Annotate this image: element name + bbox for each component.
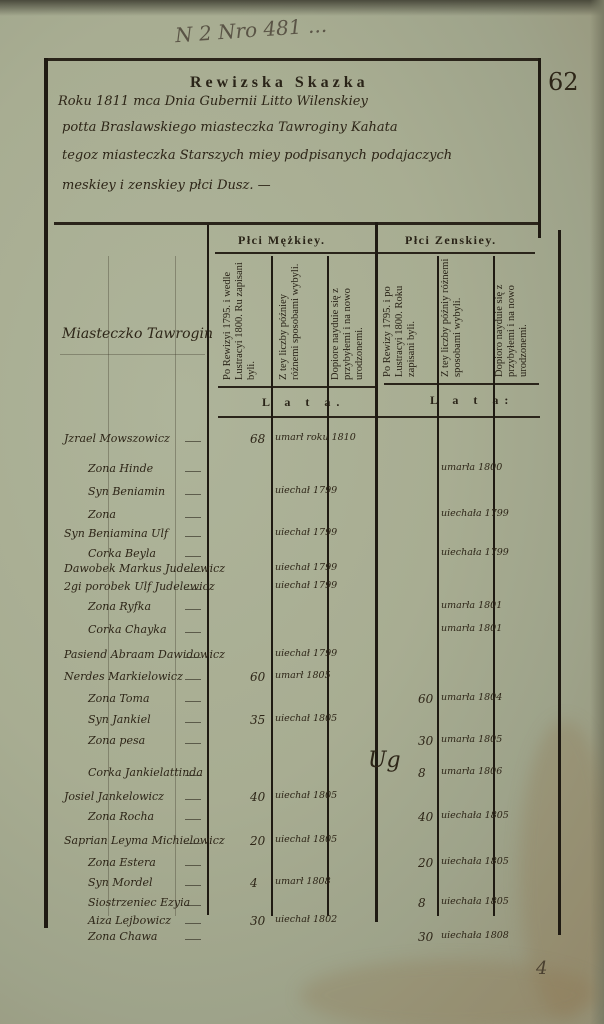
location-brace [60,354,205,355]
row-dash [185,536,201,537]
row-name: Corka Chayka [88,623,167,636]
male-col-1-header: Po Rewizyi 1795. i wedle Lustracyi 1800.… [222,258,262,380]
row-dash [185,885,201,886]
row-name: Zona Hinde [88,462,153,475]
row-male-departed: uiechał 1799 [275,527,337,538]
female-col-3-header: Dopioro nayduie się z przybyłemi i na no… [494,255,534,377]
row-name: Zona Toma [88,692,150,705]
subheader-divider-male [218,386,376,388]
col-divider-sexes [375,222,378,922]
row-male-departed: umarł roku 1810 [275,432,356,443]
row-male-departed: uiechał 1805 [275,834,337,845]
row-female-age: 30 [418,734,433,748]
row-name: Saprian Leyma Michielowicz [64,834,225,847]
page-number: 62 [548,68,579,96]
header-line-4: meskiey i zenskiey płci Dusz. — [62,178,271,193]
row-male-age: 60 [250,670,265,684]
row-male-age: 68 [250,432,265,446]
row-female-age: 20 [418,856,433,870]
row-dash [185,657,201,658]
row-name: Syn Jankiel [88,713,151,726]
female-col-1-header: Po Rewizy 1795. i po Lustracyi 1800. Rok… [382,255,422,377]
row-female-departed: uiechała 1799 [441,547,509,558]
row-male-departed: umarł 1808 [275,876,331,887]
row-male-departed: uiechał 1802 [275,914,337,925]
frame-right-border [538,58,541,238]
subheader-divider-female [384,383,539,385]
row-male-age: 4 [250,876,258,890]
row-male-departed: uiechał 1799 [275,485,337,496]
row-dash [185,939,201,940]
row-male-departed: uiechał 1805 [275,713,337,724]
row-name: Jzrael Mowszowicz [64,432,170,445]
row-female-departed: umarła 1801 [441,623,502,634]
row-name: Zona Ryfka [88,600,151,613]
row-name: Corka Jankielattinda [88,766,203,779]
row-female-age: 40 [418,810,433,824]
row-female-departed: umarła 1804 [441,692,502,703]
years-label-female: L a t a: [430,393,514,408]
row-dash [185,865,201,866]
header-line-2: potta Braslawskiego miasteczka Tawroginy… [62,120,398,135]
row-dash [185,609,201,610]
row-dash [185,775,201,776]
female-col-2-header: Z tey liczby późniy różnemi sposobami wy… [440,255,480,377]
row-female-departed: umarła 1801 [441,600,502,611]
col-divider-female-1 [437,256,439,916]
frame-right-border-lower [558,230,561,935]
years-divider [218,416,540,418]
row-dash [185,556,201,557]
bottom-mark: 4 [536,958,547,979]
row-male-departed: uiechał 1805 [275,790,337,801]
row-dash [185,722,201,723]
row-name: Nerdes Markielowicz [64,670,183,683]
row-dash [185,743,201,744]
row-name: Aiza Lejbowicz [88,914,171,927]
row-male-departed: uiechał 1799 [275,580,337,591]
male-group-header: Płci Mężkiey. [238,233,325,248]
row-male-departed: umarł 1805 [275,670,331,681]
row-name: Siostrzeniec Ezyia [88,896,190,909]
row-female-departed: uiechała 1808 [441,930,509,941]
row-dash [185,799,201,800]
row-name: Syn Beniamin [88,485,165,498]
row-name: 2gi porobek Ulf Judelewicz [64,580,215,593]
row-male-age: 30 [250,914,265,928]
margin-note: Ug [368,748,401,773]
row-male-age: 40 [250,790,265,804]
water-stain [300,960,600,1024]
table-top-border [54,222,538,225]
frame-left-border [44,58,48,928]
female-group-header: Płci Zenskiey. [405,233,497,248]
row-dash [185,701,201,702]
row-name: Dawobek Markus Judelewicz [64,562,225,575]
row-male-age: 20 [250,834,265,848]
row-female-age: 8 [418,766,426,780]
row-male-departed: uiechał 1799 [275,562,337,573]
row-dash [185,679,201,680]
male-col-3-header: Dopiore nayduie się z przybyłemi i na no… [330,258,370,380]
row-dash [185,494,201,495]
row-female-departed: uiechała 1805 [441,856,509,867]
document-title: Rewizska Skazka [190,74,369,92]
location-label: Miasteczko Tawrogin [62,326,213,342]
row-male-age: 35 [250,713,265,727]
row-name: Zona pesa [88,734,145,747]
archive-annotation: N 2 Nro 481 ... [174,13,327,48]
row-dash [185,923,201,924]
row-dash [185,632,201,633]
row-name: Syn Beniamina Ulf [64,527,168,540]
col-divider-male-1 [271,256,273,916]
row-dash [185,571,201,572]
years-label-male: L a t a. [262,395,345,410]
row-dash [185,441,201,442]
row-name: Zona Chawa [88,930,157,943]
row-name: Josiel Jankelowicz [64,790,164,803]
row-female-departed: uiechała 1805 [441,810,509,821]
header-line-3: tegoz miasteczka Starszych miey podpisan… [62,148,452,163]
row-dash [185,471,201,472]
row-female-departed: uiechała 1799 [441,508,509,519]
row-female-departed: umarła 1806 [441,766,502,777]
row-dash [185,843,201,844]
row-female-age: 60 [418,692,433,706]
male-col-2-header: Z tey liczby późniey różnemi sposobami w… [278,258,318,380]
row-name: Zona Estera [88,856,156,869]
row-dash [185,517,201,518]
row-female-departed: umarła 1805 [441,734,502,745]
frame-top-border [46,58,541,61]
row-female-age: 8 [418,896,426,910]
row-name: Pasiend Abraam Dawidowicz [64,648,225,661]
header-line-1: Roku 1811 mca Dnia Gubernii Litto Wilens… [58,94,368,109]
row-female-departed: umarła 1800 [441,462,502,473]
row-name: Syn Mordel [88,876,153,889]
row-male-departed: uiechał 1799 [275,648,337,659]
row-female-departed: uiechała 1805 [441,896,509,907]
row-name: Zona Rocha [88,810,154,823]
row-name: Zona [88,508,116,521]
row-name: Corka Beyla [88,547,156,560]
row-dash [185,589,201,590]
row-dash [185,819,201,820]
row-dash [185,905,201,906]
row-female-age: 30 [418,930,433,944]
